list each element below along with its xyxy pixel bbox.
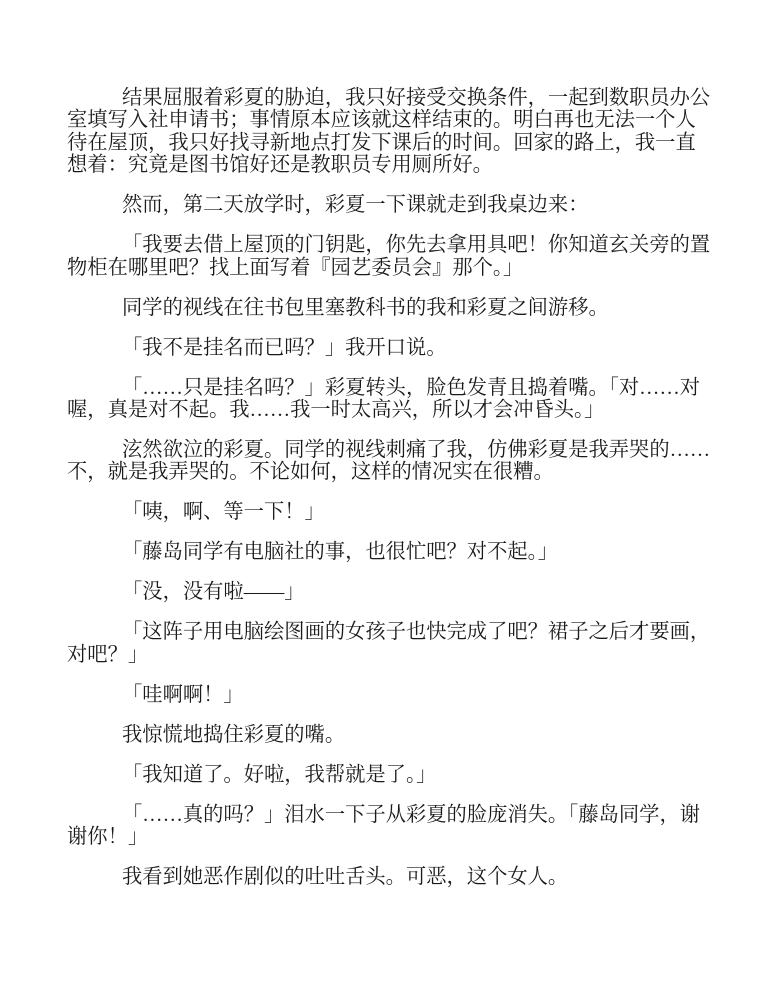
paragraph: 「我不是挂名而已吗？」我开口说。 xyxy=(67,337,713,359)
paragraph: 我看到她恶作剧似的吐吐舌头。可恶，这个女人。 xyxy=(67,866,713,888)
novel-page: 结果屈服着彩夏的胁迫，我只好接受交换条件，一起到数职员办公室填写入社申请书；事情… xyxy=(0,0,765,990)
paragraph: 「……真的吗？」泪水一下子从彩夏的脸庞消失。「藤岛同学，谢谢你！」 xyxy=(67,804,713,849)
paragraph: 「这阵子用电脑绘图画的女孩子也快完成了吧？裙子之后才要画，对吧？」 xyxy=(67,621,713,666)
paragraph: 「没，没有啦——」 xyxy=(67,581,713,603)
paragraph: 然而，第二天放学时，彩夏一下课就走到我桌边来： xyxy=(67,194,713,216)
paragraph: 我惊慌地捣住彩夏的嘴。 xyxy=(67,724,713,746)
paragraph: 「哇啊啊！」 xyxy=(67,684,713,706)
paragraph: 「……只是挂名吗？」彩夏转头，脸色发青且捣着嘴。「对……对喔，真是对不起。我……… xyxy=(67,377,713,422)
paragraph: 「我要去借上屋顶的门钥匙，你先去拿用具吧！你知道玄关旁的置物柜在哪里吧？找上面写… xyxy=(67,234,713,279)
paragraph: 结果屈服着彩夏的胁迫，我只好接受交换条件，一起到数职员办公室填写入社申请书；事情… xyxy=(67,87,713,177)
paragraph: 泫然欲泣的彩夏。同学的视线刺痛了我，仿佛彩夏是我弄哭的……不，就是我弄哭的。不论… xyxy=(67,439,713,484)
text-block: 结果屈服着彩夏的胁迫，我只好接受交换条件，一起到数职员办公室填写入社申请书；事情… xyxy=(67,87,713,889)
paragraph: 「藤岛同学有电脑社的事，也很忙吧？对不起。」 xyxy=(67,541,713,563)
paragraph: 同学的视线在往书包里塞教科书的我和彩夏之间游移。 xyxy=(67,297,713,319)
paragraph: 「咦，啊、等一下！」 xyxy=(67,501,713,523)
paragraph: 「我知道了。好啦，我帮就是了。」 xyxy=(67,764,713,786)
